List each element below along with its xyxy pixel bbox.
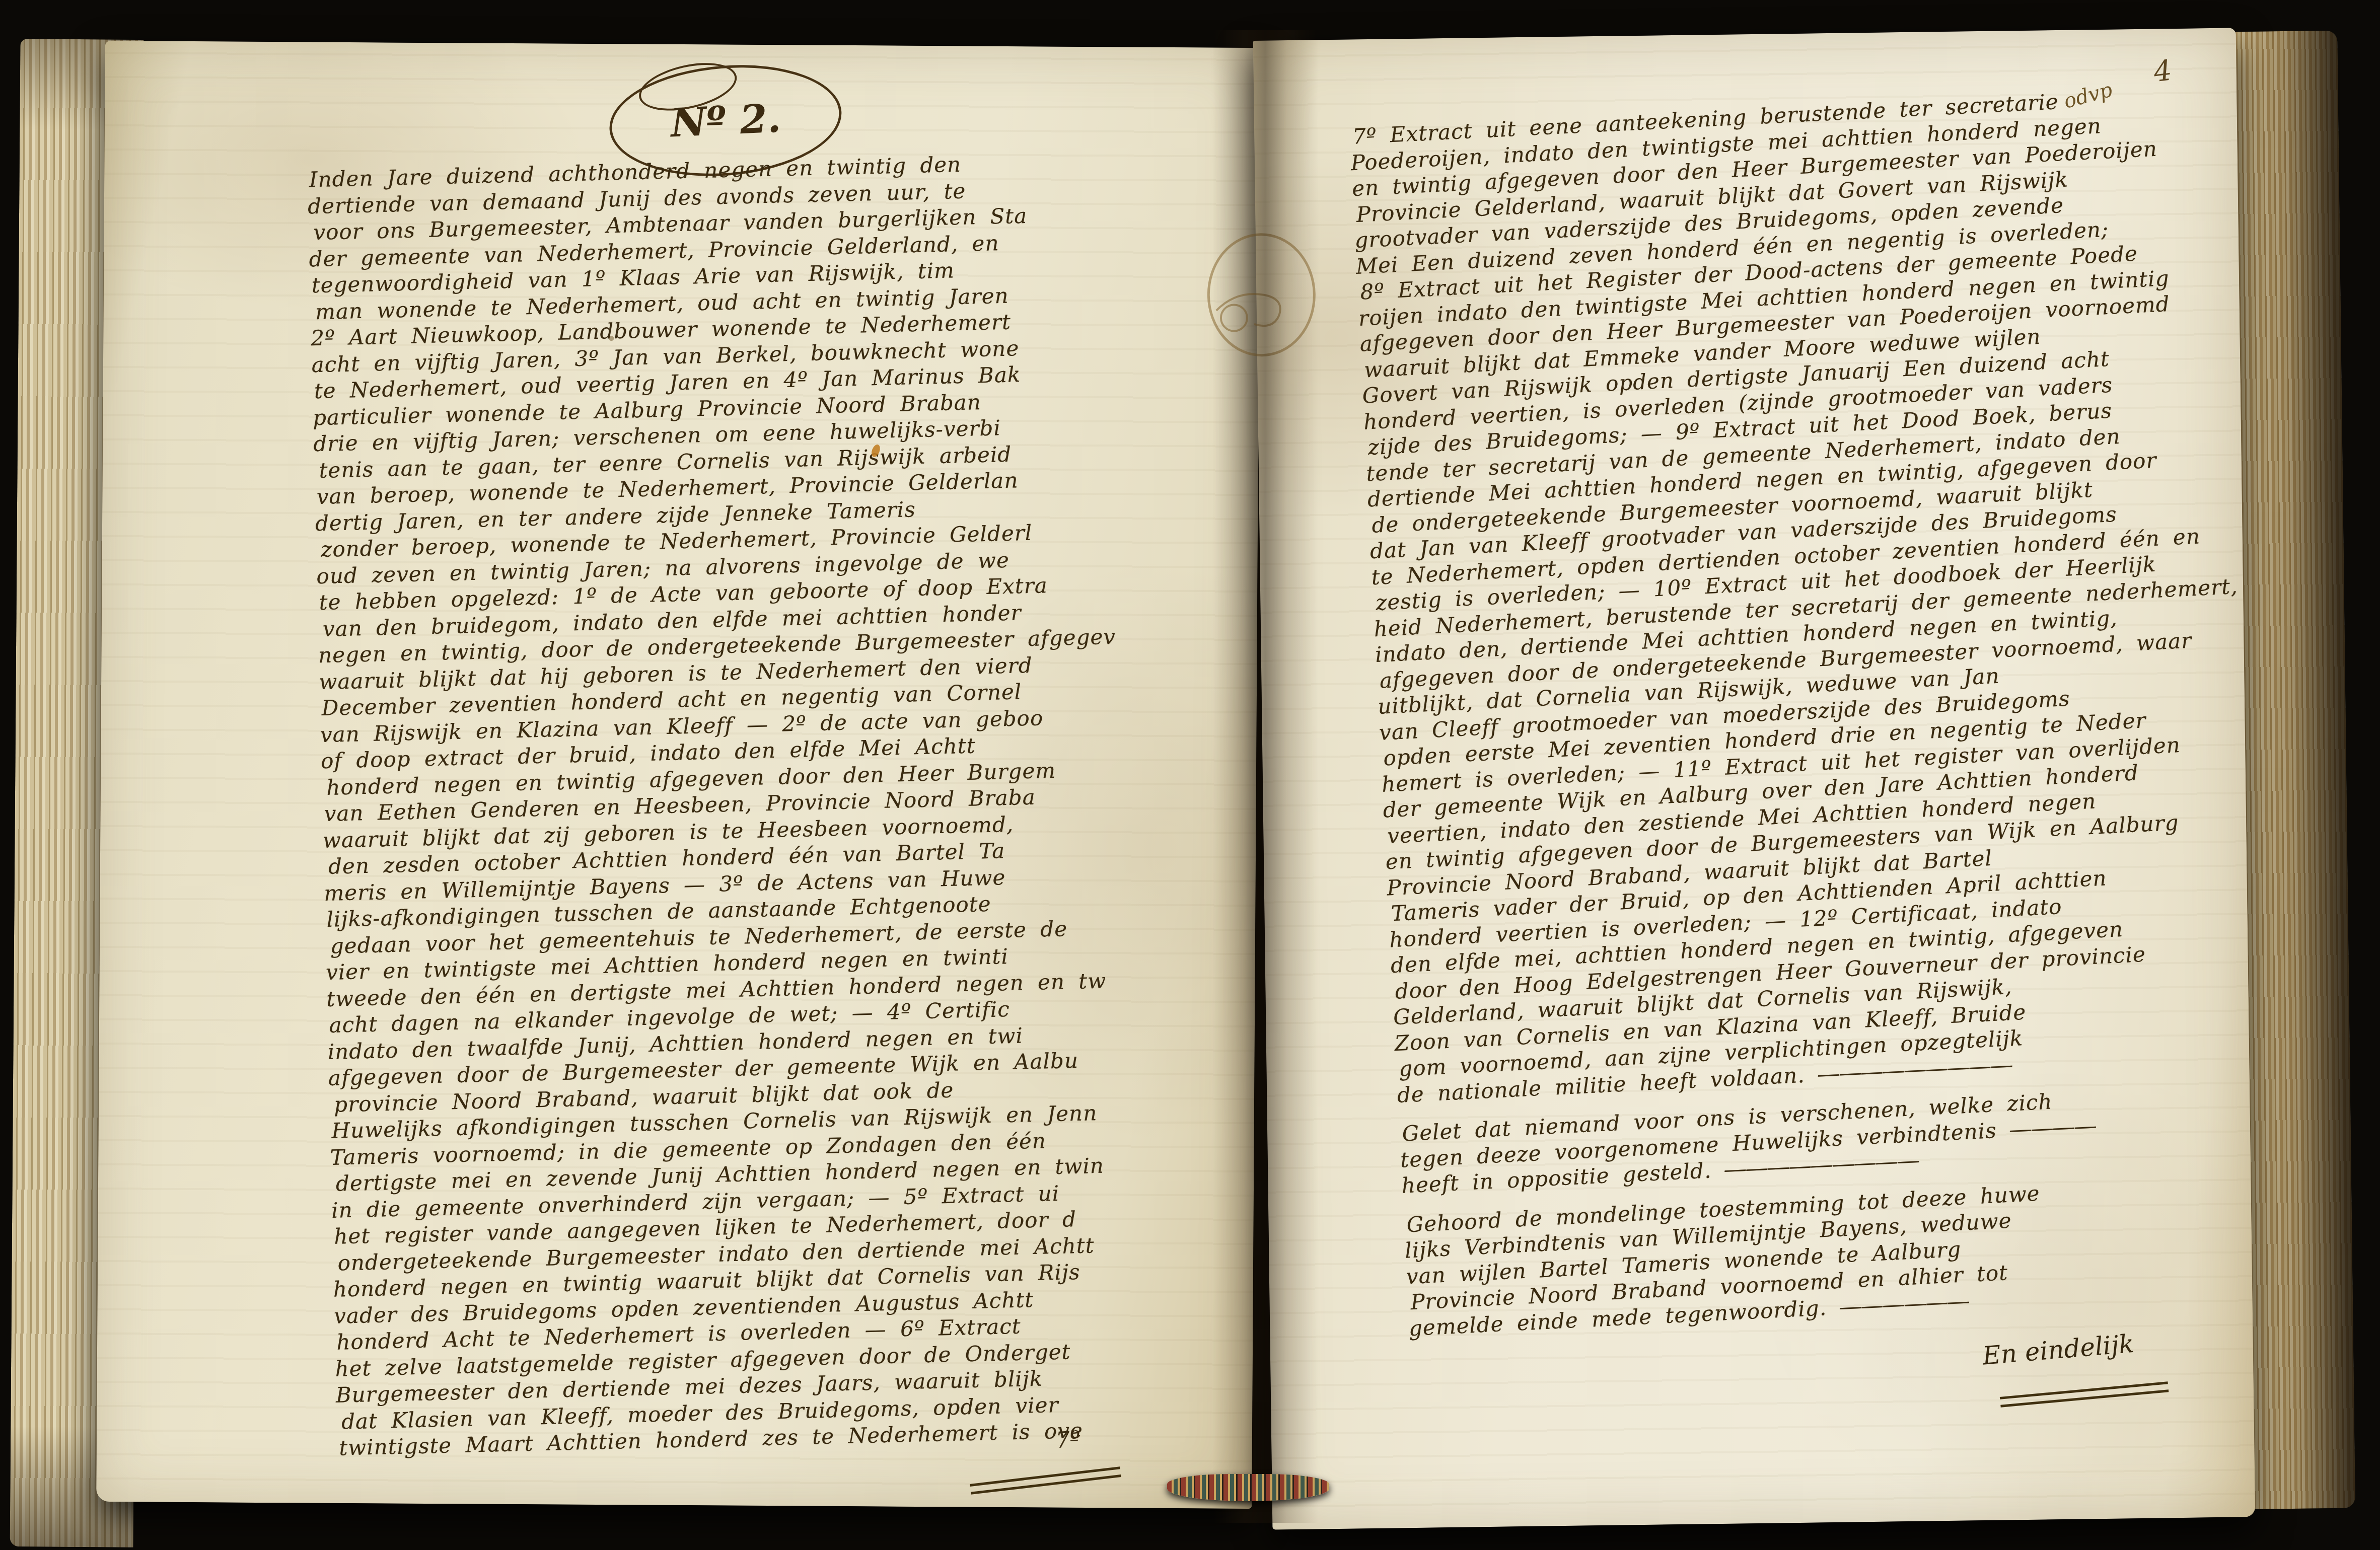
striped-endband [1167, 1474, 1329, 1501]
photograph-of-open-register: Nº 2. Inden Jare duizend achthonderd neg… [0, 0, 2380, 1550]
ink-stain [609, 336, 614, 341]
record-number-label: Nº 2. [669, 95, 781, 146]
exhibits-paragraph: 7º Extract uit eene aanteekening beruste… [1349, 81, 2263, 1108]
left-page-manuscript-text: Inden Jare duizend achthonderd negen en … [307, 145, 1258, 1461]
left-page: Nº 2. Inden Jare duizend achthonderd neg… [96, 41, 1261, 1509]
catchword: 7º [1055, 1426, 1081, 1453]
right-page: odvp 4 7º Extract uit eene aanteekening … [1253, 28, 2256, 1529]
catchword-flourish-line [970, 1466, 1121, 1495]
ink-stain [563, 305, 566, 308]
consent-paragraph: Gehoord de mondelinge toestemming tot de… [1403, 1169, 2274, 1342]
closing-flourish-line [2000, 1381, 2169, 1408]
closing-phrase: En eindelijk [1939, 1325, 2177, 1374]
right-page-manuscript-text: 7º Extract uit eene aanteekening beruste… [1349, 81, 2275, 1354]
faded-cachet-mark [1185, 213, 1318, 396]
